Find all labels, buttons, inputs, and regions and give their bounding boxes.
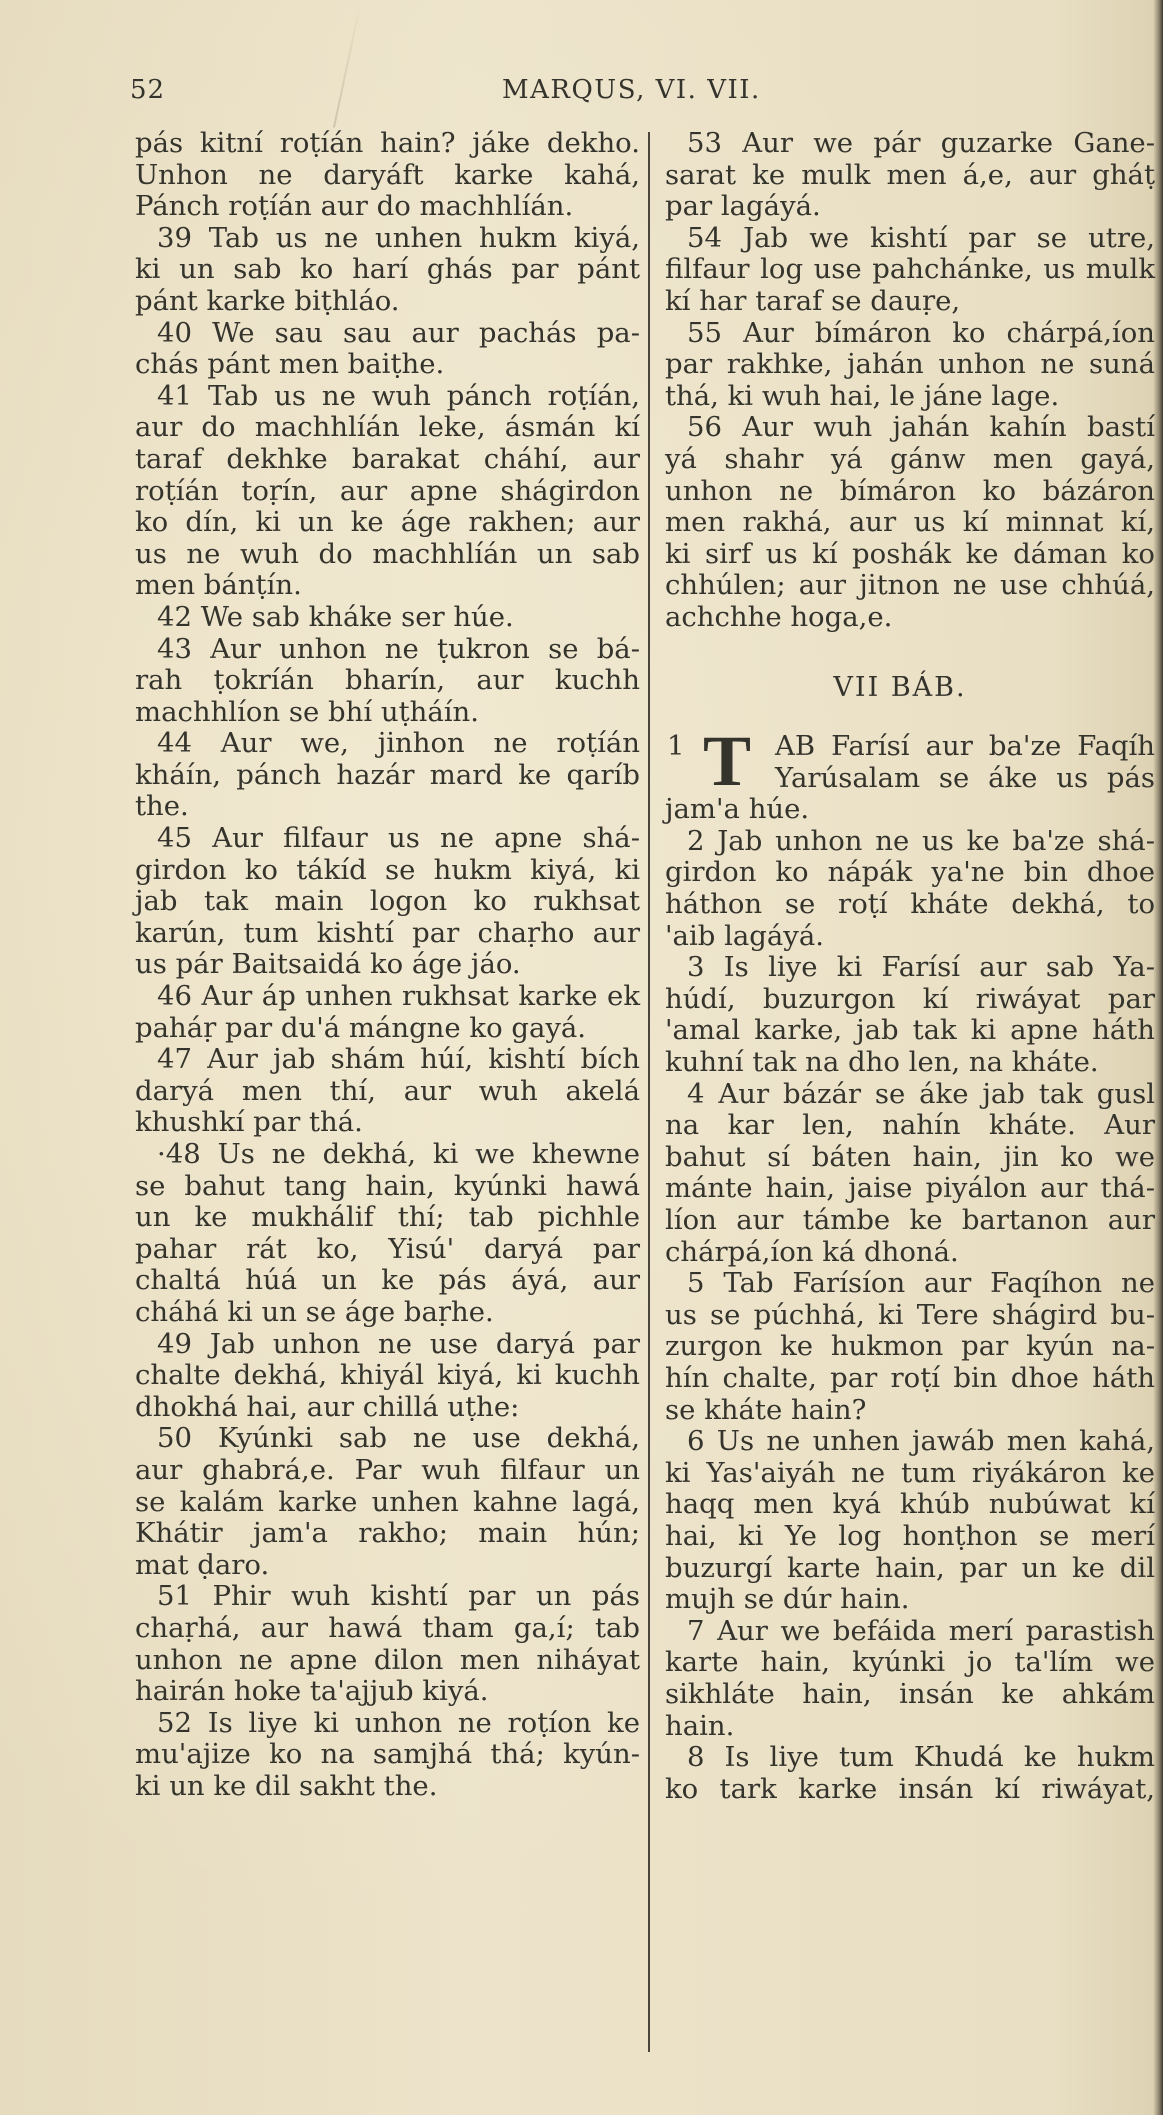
text-line: haqq men kyá khúb nubúwat kí bbox=[665, 1489, 1155, 1521]
text-line: ki sirf us kí poshák ke dáman ko bbox=[665, 539, 1155, 571]
text-line: par lagáyá. bbox=[665, 191, 1155, 223]
text-line: the. bbox=[135, 791, 640, 823]
text-line: se kháte hain? bbox=[665, 1395, 1155, 1427]
text-line: us se púchhá, ki Tere shágird bu- bbox=[665, 1300, 1155, 1332]
verse-line: 40 We sau sau aur pachás pa- bbox=[135, 318, 640, 350]
text-line: buzurgí karte hain, par un ke dil bbox=[665, 1553, 1155, 1585]
text-line: pás kitní roṭíán hain? jáke dekho. bbox=[135, 128, 640, 160]
text-line: dhokhá hai, aur chillá uṭhe: bbox=[135, 1392, 640, 1424]
text-line: chaṛhá, aur hawá tham ga,í; tab bbox=[135, 1613, 640, 1645]
verse-line: 39 Tab us ne unhen hukm kiyá, bbox=[135, 223, 640, 255]
text-line: Unhon ne daryáft karke kahá, bbox=[135, 160, 640, 192]
verse-line: 7 Aur we befáida merí parastish bbox=[665, 1616, 1155, 1648]
text-line: pahar rát ko, Yisú' daryá par bbox=[135, 1234, 640, 1266]
text-line: sikhláte hain, insán ke ahkám bbox=[665, 1679, 1155, 1711]
text-line: karte hain, kyúnki jo ta'lím we bbox=[665, 1647, 1155, 1679]
chapter-vii-body: jam'a húe.2 Jab unhon ne us ke ba'ze shá… bbox=[665, 794, 1155, 1805]
book-page: 52 MARQUS, VI. VII. pás kitní roṭíán hai… bbox=[0, 0, 1163, 2115]
text-line: húdí, buzurgon kí riwáyat par bbox=[665, 984, 1155, 1016]
text-line: kháín, pánch hazár mard ke qaríb bbox=[135, 760, 640, 792]
text-line: karún, tum kishtí par chaṛho aur bbox=[135, 918, 640, 950]
text-line: ki un sab ko harí ghás par pánt bbox=[135, 254, 640, 286]
text-line: khushkí par thá. bbox=[135, 1107, 640, 1139]
text-line: cháhá ki un se áge baṛhe. bbox=[135, 1297, 640, 1329]
text-line: háthon se roṭí kháte dekhá, to bbox=[665, 889, 1155, 921]
text-line: mat ḍaro. bbox=[135, 1550, 640, 1582]
text-line: hín chalte, par roṭí bin dhoe háth bbox=[665, 1363, 1155, 1395]
verse-line: 55 Aur bímáron ko chárpá,íon bbox=[665, 318, 1155, 350]
text-line: taraf dekhke barakat cháhí, aur bbox=[135, 444, 640, 476]
verse-line: 42 We sab kháke ser húe. bbox=[135, 602, 640, 634]
text-line: hairán hoke ta'ajjub kiyá. bbox=[135, 1676, 640, 1708]
text-line: chás pánt men baiṭhe. bbox=[135, 349, 640, 381]
text-line: pánt karke biṭhláo. bbox=[135, 286, 640, 318]
verse-line: 6 Us ne unhen jawáb men kahá, bbox=[665, 1426, 1155, 1458]
text-line: kí har taraf se dauṛe, bbox=[665, 286, 1155, 318]
text-line: men bánṭín. bbox=[135, 570, 640, 602]
verse-line: 5 Tab Farísíon aur Faqíhon ne bbox=[665, 1268, 1155, 1300]
text-line: mánte hain, jaise piyálon aur thá- bbox=[665, 1173, 1155, 1205]
text-line: thá, ki wuh hai, le jáne lage. bbox=[665, 381, 1155, 413]
verse-line: 53 Aur we pár guzarke Gane- bbox=[665, 128, 1155, 160]
right-column: 53 Aur we pár guzarke Gane-sarat ke mulk… bbox=[665, 128, 1155, 1805]
text-line: bahut sí báten hain, jin ko we bbox=[665, 1142, 1155, 1174]
verse-line: 52 Is liye ki unhon ne roṭíon ke bbox=[135, 1708, 640, 1740]
text-line: aur do machhlíán leke, ásmán kí bbox=[135, 412, 640, 444]
text-line: se kalám karke unhen kahne lagá, bbox=[135, 1487, 640, 1519]
text-line: ki Yas'aiyáh ne tum riyákáron ke bbox=[665, 1458, 1155, 1490]
text-line: unhon ne apne dilon men niháyat bbox=[135, 1645, 640, 1677]
verse-line: 49 Jab unhon ne use daryá par bbox=[135, 1329, 640, 1361]
verse-line: 45 Aur filfaur us ne apne shá- bbox=[135, 823, 640, 855]
text-line: machhlíon se bhí uṭháín. bbox=[135, 697, 640, 729]
text-line: jab tak main logon ko rukhsat bbox=[135, 886, 640, 918]
text-line: chaltá húá un ke pás áyá, aur bbox=[135, 1265, 640, 1297]
verse-line: 44 Aur we, jinhon ne roṭíán bbox=[135, 728, 640, 760]
verse-line: 51 Phir wuh kishtí par un pás bbox=[135, 1581, 640, 1613]
verse-line: 54 Jab we kishtí par se utre, bbox=[665, 223, 1155, 255]
text-line: achchhe hoga,e. bbox=[665, 602, 1155, 634]
verse-number: 1 bbox=[667, 731, 685, 763]
text-line: mujh se dúr hain. bbox=[665, 1584, 1155, 1616]
verse-line: 41 Tab us ne wuh pánch roṭíán, bbox=[135, 381, 640, 413]
text-line: yá shahr yá gánw men gayá, bbox=[665, 444, 1155, 476]
text-line: rah ṭokríán bharín, aur kuchh bbox=[135, 665, 640, 697]
verse-line: 46 Aur áp unhen rukhsat karke ek bbox=[135, 981, 640, 1013]
verse-line: 50 Kyúnki sab ne use dekhá, bbox=[135, 1423, 640, 1455]
text-line: aur ghabrá,e. Par wuh filfaur un bbox=[135, 1455, 640, 1487]
text-line: filfaur log use pahchánke, us mulk bbox=[665, 254, 1155, 286]
verse-line: 47 Aur jab shám húí, kishtí bích bbox=[135, 1044, 640, 1076]
text-line: roṭíán toṛín, aur apne shágirdon bbox=[135, 476, 640, 508]
verse-line: 2 Jab unhon ne us ke ba'ze shá- bbox=[665, 826, 1155, 858]
page-number: 52 bbox=[130, 75, 165, 105]
text-line: 'amal karke, jab tak ki apne háth bbox=[665, 1015, 1155, 1047]
text-line: ko tark karke insán kí riwáyat, bbox=[665, 1774, 1155, 1806]
verse-line: ·48 Us ne dekhá, ki we khewne bbox=[135, 1139, 640, 1171]
text-line: men rakhá, aur us kí minnat kí, bbox=[665, 507, 1155, 539]
text-line: chalte dekhá, khiyál kiyá, ki kuchh bbox=[135, 1360, 640, 1392]
drop-cap-letter: T bbox=[703, 727, 751, 795]
text-line: mu'ajize ko na samjhá thá; kyún- bbox=[135, 1739, 640, 1771]
text-line: hai, ki Ye log honṭhon se merí bbox=[665, 1521, 1155, 1553]
text-line: kuhní tak na dho len, na kháte. bbox=[665, 1047, 1155, 1079]
left-column: pás kitní roṭíán hain? jáke dekho.Unhon … bbox=[135, 128, 640, 1802]
text-line: hain. bbox=[665, 1711, 1155, 1743]
running-title: MARQUS, VI. VII. bbox=[502, 75, 761, 105]
text-line: líon aur támbe ke bartanon aur bbox=[665, 1205, 1155, 1237]
text-line: us ne wuh do machhlíán un sab bbox=[135, 539, 640, 571]
text-line: daryá men thí, aur wuh akelá bbox=[135, 1076, 640, 1108]
text-line: 'aib lagáyá. bbox=[665, 921, 1155, 953]
text-line: Khátir jam'a rakho; main hún; bbox=[135, 1518, 640, 1550]
verse-line: 56 Aur wuh jahán kahín bastí bbox=[665, 412, 1155, 444]
text-line: chhúlen; aur jitnon ne use chhúá, bbox=[665, 570, 1155, 602]
chapter-vi-end: 53 Aur we pár guzarke Gane-sarat ke mulk… bbox=[665, 128, 1155, 634]
text-line: se bahut tang hain, kyúnki hawá bbox=[135, 1171, 640, 1203]
verse-line: 4 Aur bázár se áke jab tak gusl bbox=[665, 1079, 1155, 1111]
text-line: na kar len, nahín kháte. Aur bbox=[665, 1110, 1155, 1142]
verse-line: 8 Is liye tum Khudá ke hukm bbox=[665, 1742, 1155, 1774]
text-line: girdon ko nápák ya'ne bin dhoe bbox=[665, 857, 1155, 889]
text-line: Pánch roṭíán aur do machhlíán. bbox=[135, 191, 640, 223]
text-line: us pár Baitsaidá ko áge jáo. bbox=[135, 949, 640, 981]
text-line: chárpá,íon ká dhoná. bbox=[665, 1237, 1155, 1269]
text-line: unhon ne bímáron ko bázáron bbox=[665, 476, 1155, 508]
page-header: 52 MARQUS, VI. VII. bbox=[130, 75, 1050, 115]
text-line: un ke mukhálif thí; tab pichhle bbox=[135, 1202, 640, 1234]
text-line: paháṛ par du'á mángne ko gayá. bbox=[135, 1013, 640, 1045]
text-line: zurgon ke hukmon par kyún na- bbox=[665, 1331, 1155, 1363]
verse-line: 43 Aur unhon ne ṭukron se bá- bbox=[135, 634, 640, 666]
text-line: sarat ke mulk men á,e, aur gháṭ bbox=[665, 160, 1155, 192]
column-divider bbox=[648, 132, 650, 2052]
text-line: par rakhke, jahán unhon ne suná bbox=[665, 349, 1155, 381]
chapter-heading: VII BÁB. bbox=[665, 672, 1155, 704]
chapter-vii-opening: 1 T AB Farísí aur ba'ze Faqíh Yarúsalam … bbox=[665, 731, 1155, 794]
text-line: ko dín, ki un ke áge rakhen; aur bbox=[135, 507, 640, 539]
verse-line: 3 Is liye ki Farísí aur sab Ya- bbox=[665, 952, 1155, 984]
text-line: ki un ke dil sakht the. bbox=[135, 1771, 640, 1803]
text-line: girdon ko tákíd se hukm kiyá, ki bbox=[135, 855, 640, 887]
